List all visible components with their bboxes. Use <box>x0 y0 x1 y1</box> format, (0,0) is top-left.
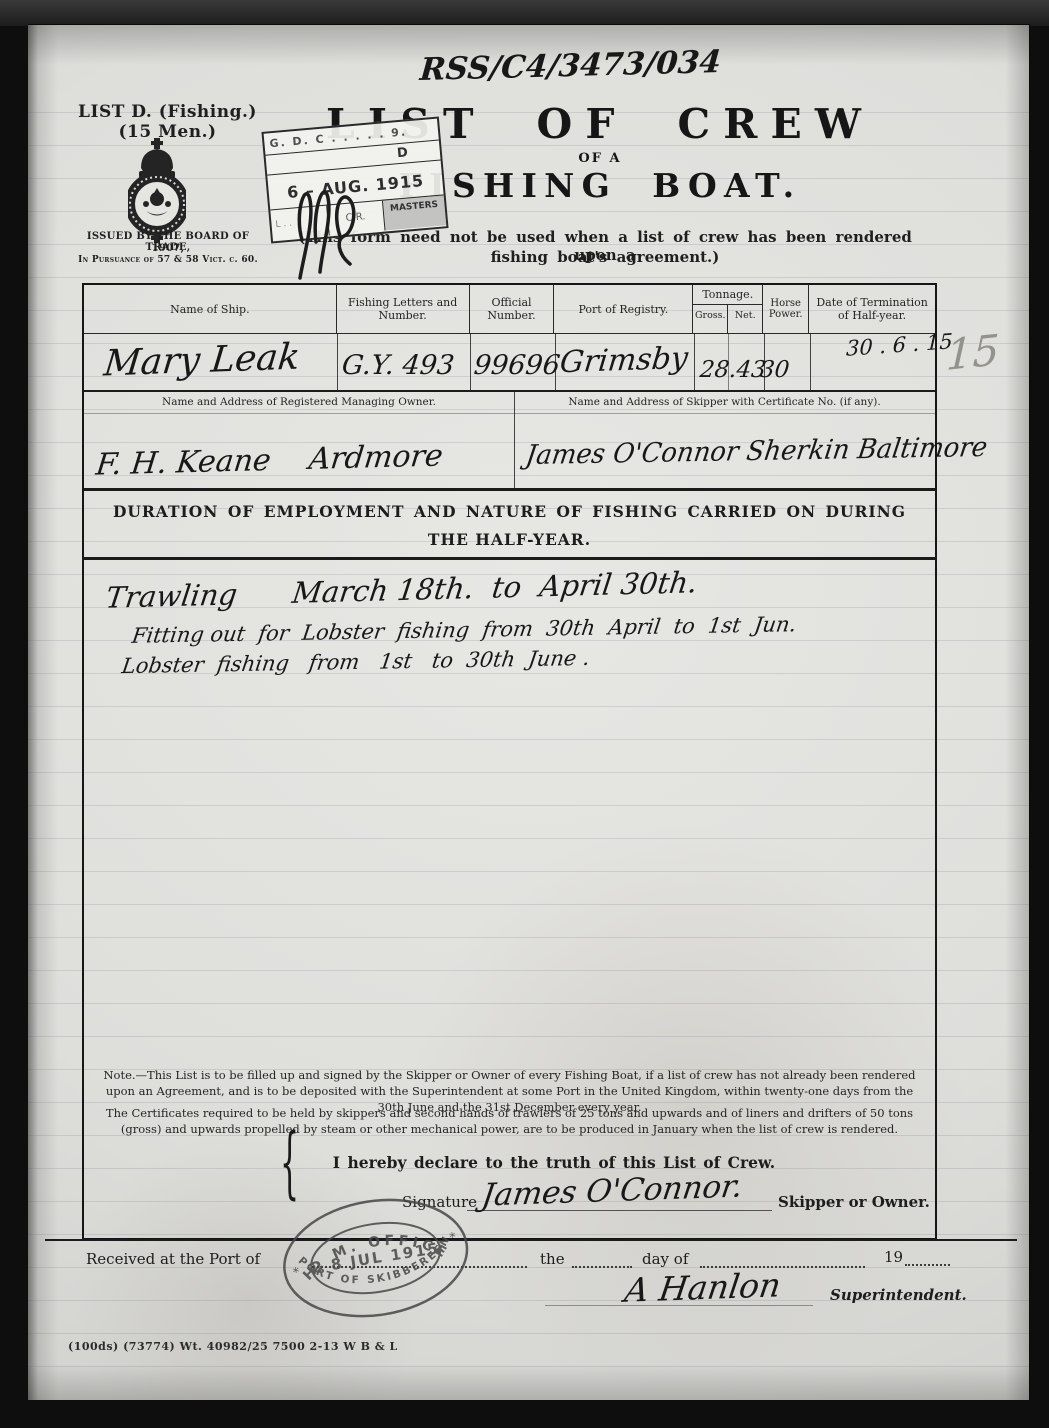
printer-imprint: (100ds) (73774) Wt. 40982/25 7500 2-13 W… <box>68 1340 398 1353</box>
owner-value: F. H. Keane Ardmore <box>94 438 445 482</box>
duration-entry-1: Trawling March 18th. to April 30th. <box>104 565 700 615</box>
col-header-termination-date: Date of Termination of Half-year. <box>809 285 935 333</box>
duration-entry-2: Fitting out for Lobster fishing from 30t… <box>130 612 798 648</box>
note-paragraph-2: The Certificates required to be held by … <box>102 1105 917 1137</box>
ship-name-value: Mary Leak <box>102 336 302 384</box>
received-at-port-label: Received at the Port of <box>86 1250 260 1268</box>
col-header-gross: Gross. <box>693 305 728 333</box>
skipper-value: James O'Connor Sherkin Baltimore <box>524 432 990 471</box>
subtitle-line2: fishing boat's agreement.) <box>290 248 920 266</box>
handwritten-initials <box>286 170 376 294</box>
stamp-row4-right: MASTERS <box>383 195 446 230</box>
superintendent-signature: A Hanlon <box>622 1265 783 1310</box>
horse-power-value: 30 <box>759 357 791 383</box>
superintendent-label: Superintendent. <box>830 1286 967 1304</box>
owner-row-bottom-rule <box>84 488 935 491</box>
duration-entry-3: Lobster fishing from 1st to 30th June . <box>120 646 591 678</box>
official-number-value: 99696 <box>472 350 561 381</box>
col-header-fishing-letters: Fishing Letters and Number. <box>337 285 470 333</box>
col-header-name-of-ship: Name of Ship. <box>84 285 337 333</box>
skipper-header: Name and Address of Skipper with Certifi… <box>514 396 935 408</box>
skipper-signature-value: James O'Connor. <box>480 1168 746 1213</box>
col-header-horse-power: Horse Power. <box>763 285 809 333</box>
pencil-margin-note: 15 <box>945 325 1000 380</box>
col-header-official-number: Official Number. <box>470 285 555 333</box>
owner-header: Name and Address of Registered Managing … <box>84 396 514 408</box>
ship-row-bottom-rule <box>84 390 935 392</box>
tonnage-value: 28.43 <box>699 357 768 383</box>
oval-stamp-star-right: * <box>448 1230 457 1246</box>
page-bottom-rule <box>45 1239 1017 1241</box>
port-of-registry-value: Grimsby <box>558 341 690 381</box>
col-header-net: Net. <box>728 305 762 333</box>
list-d-label: LIST D. (Fishing.) <box>70 102 265 122</box>
the-label: the <box>540 1250 565 1268</box>
duration-heading-rule <box>82 557 937 560</box>
col-header-port-of-registry: Port of Registry. <box>554 285 693 333</box>
duration-heading-line2: THE HALF-YEAR. <box>84 530 935 549</box>
day-blank <box>572 1265 632 1268</box>
year-19-label: 19 <box>884 1248 903 1266</box>
crew-form-box: Name of Ship. Fishing Letters and Number… <box>82 283 937 1240</box>
col-header-tonnage: Tonnage. <box>693 285 762 305</box>
pursuance-line: In Pursuance of 57 & 58 Vict. c. 60. <box>63 255 273 265</box>
superintendent-line <box>545 1305 813 1306</box>
oval-stamp-star-left: * <box>292 1265 301 1281</box>
issued-year-line: 1907, <box>63 243 273 254</box>
declaration-text: I hereby declare to the truth of this Li… <box>234 1153 874 1172</box>
photo-backdrop-top <box>0 0 1049 26</box>
scanned-document-page: RSS/C4/3473/034 LIST D. (Fishing.) (15 M… <box>0 0 1049 1428</box>
day-of-label: day of <box>642 1250 688 1268</box>
fishing-letters-value: G.Y. 493 <box>340 350 455 381</box>
duration-heading-line1: DURATION OF EMPLOYMENT AND NATURE OF FIS… <box>84 502 935 521</box>
year-blank <box>905 1263 950 1266</box>
signer-role-label: Skipper or Owner. <box>778 1193 930 1211</box>
